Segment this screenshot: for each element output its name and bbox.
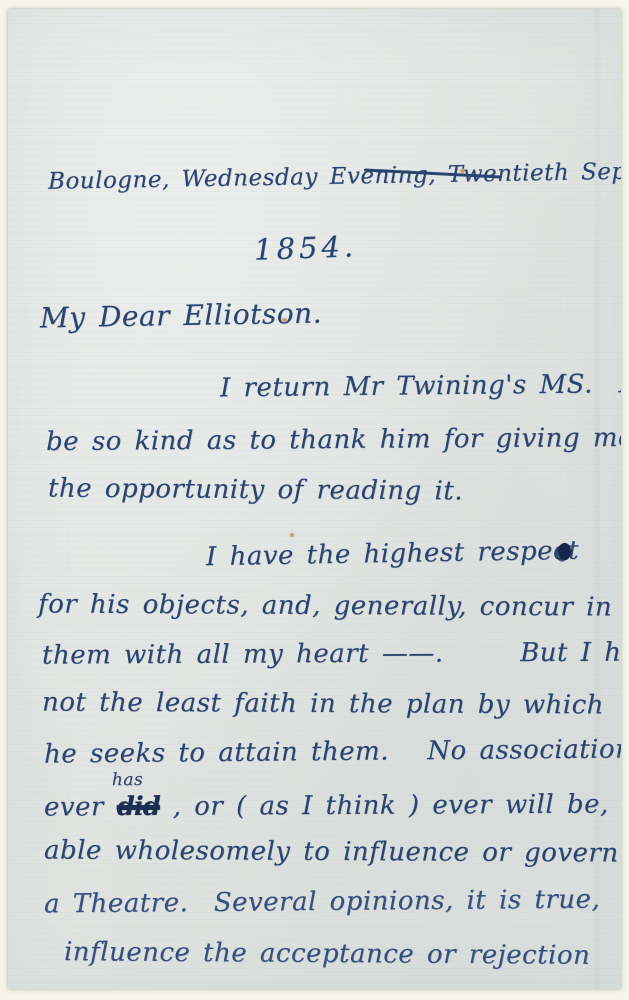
scan-background: Boulogne, Wednesday Evening, Twentieth S… — [0, 0, 629, 1000]
dateline-year: 1854. — [253, 229, 357, 267]
foxing-spot — [290, 533, 294, 537]
letter-line-with-correction: ever did , or ( as I think ) ever will b… — [44, 790, 609, 823]
struck-word: did — [117, 792, 160, 822]
letter-line: them with all my heart ——. But I have — [42, 637, 621, 670]
line-text: , or ( as I think ) ever will be, — [160, 790, 609, 822]
inserted-word: has — [112, 770, 143, 790]
letter-page: Boulogne, Wednesday Evening, Twentieth S… — [8, 9, 621, 989]
letter-line: a Theatre. Several opinions, it is true, — [44, 885, 600, 920]
letter-line: able wholesomely to influence or govern — [44, 835, 619, 868]
letter-line: for his objects, and, generally, concur … — [38, 589, 612, 622]
salutation: My Dear Elliotson. — [40, 297, 323, 335]
letter-line: not the least faith in the plan by which — [42, 688, 604, 721]
foxing-spot — [282, 318, 287, 322]
letter-line: influence the acceptance or rejection — [64, 937, 591, 971]
letter-line: the opportunity of reading it. — [48, 474, 463, 507]
foxing-spot — [460, 169, 465, 173]
letter-line: he seeks to attain them. No association — [44, 734, 621, 769]
letter-line: I have the highest respect — [206, 536, 580, 573]
line-text: ever — [44, 792, 117, 822]
letter-line: be so kind as to thank him for giving me — [46, 423, 621, 457]
dateline: Boulogne, Wednesday Evening, Twentieth S… — [48, 157, 621, 195]
letter-line: I return Mr Twining's MS. Pray — [220, 369, 621, 404]
